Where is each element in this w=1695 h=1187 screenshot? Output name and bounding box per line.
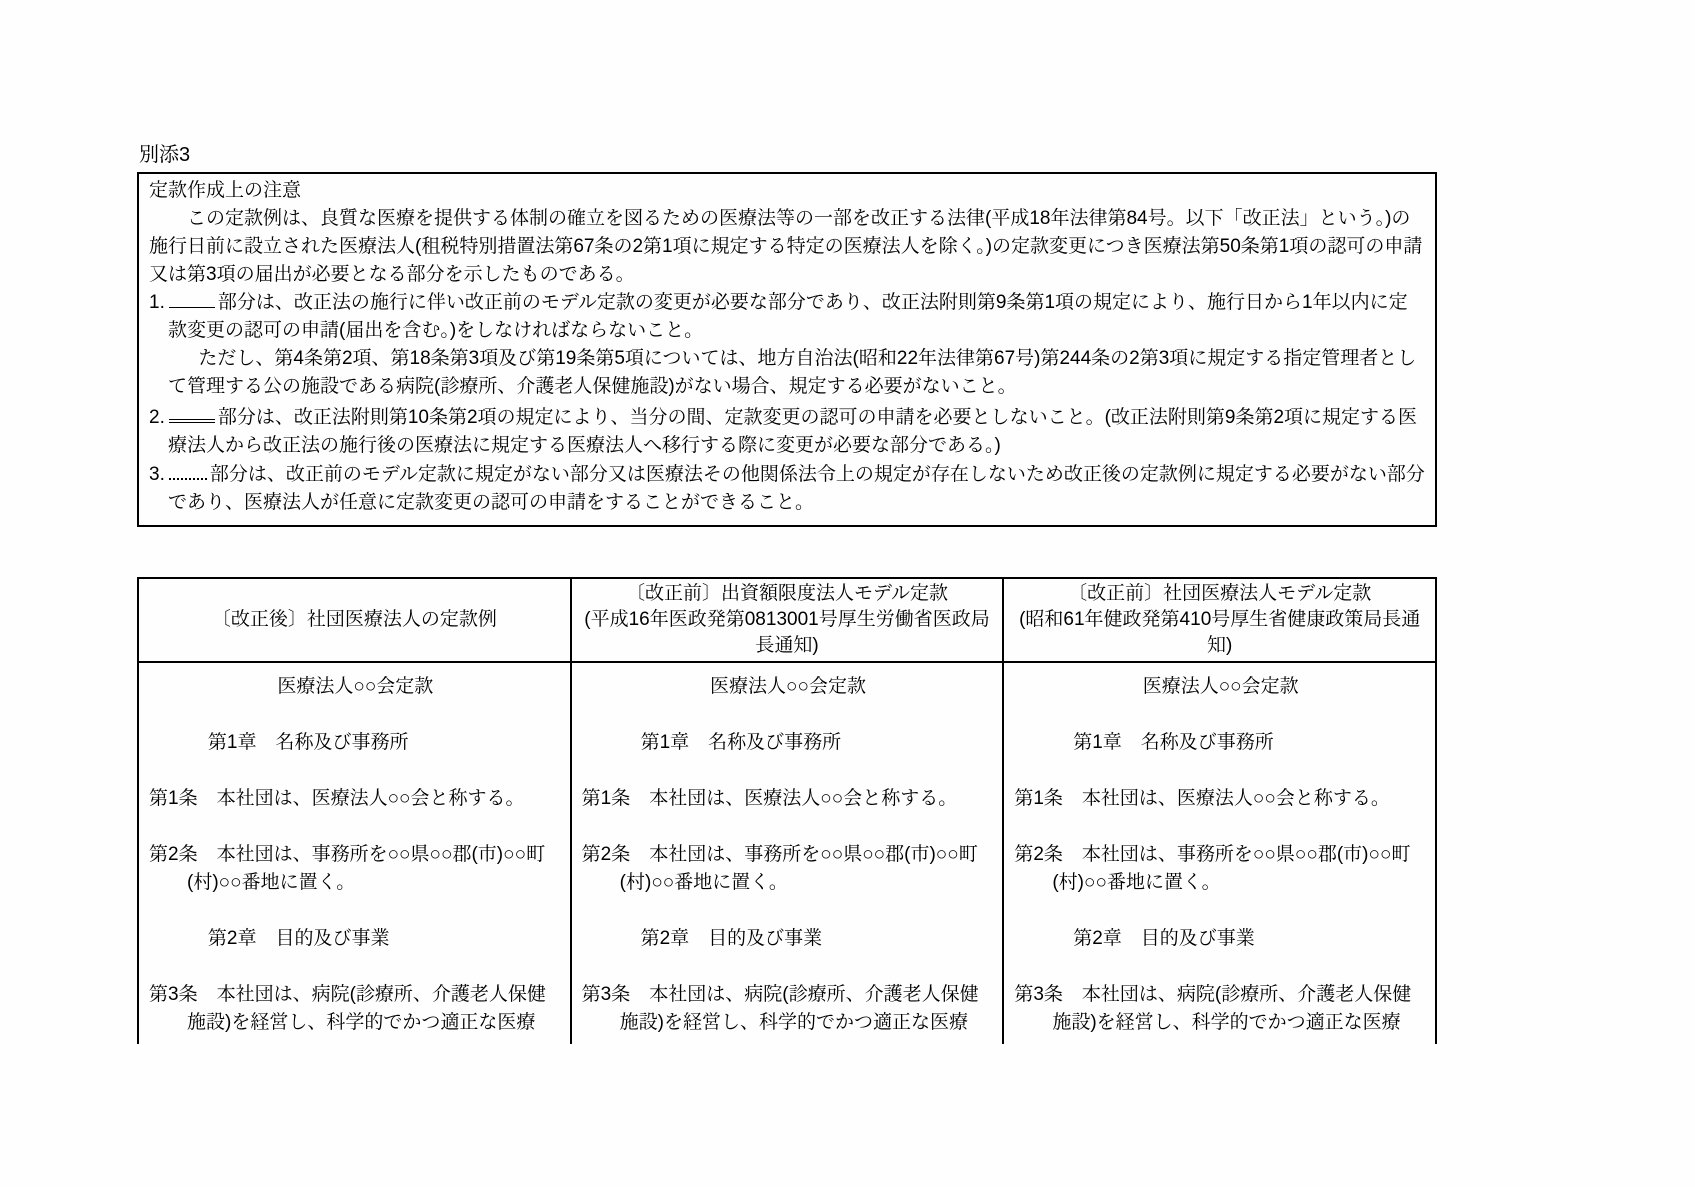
charter-title: 医療法人○○会定款 [1014,673,1427,701]
chapter-2-heading: 第2章 目的及び事業 [149,925,562,953]
dotted-underline-blank [169,460,207,480]
comparison-table: 〔改正後〕社団医療法人の定款例 医療法人○○会定款 第1章 名称及び事務所 第1… [137,577,1437,1044]
charter-title: 医療法人○○会定款 [149,673,562,701]
article-2: 第2条 本社団は、事務所を○○県○○郡(市)○○町(村)○○番地に置く。 [582,841,995,897]
notice-item-1: 1.部分は、改正法の施行に伴い改正前のモデル定款の変更が必要な部分であり、改正法… [149,289,1425,345]
column-revised-shadan: 〔改正後〕社団医療法人の定款例 医療法人○○会定款 第1章 名称及び事務所 第1… [139,579,570,1044]
chapter-1-heading: 第1章 名称及び事務所 [582,729,995,757]
article-3: 第3条 本社団は、病院(診療所、介護老人保健施設)を経営し、科学的でかつ適正な医… [582,981,995,1037]
column-shadan-model-body: 医療法人○○会定款 第1章 名称及び事務所 第1条 本社団は、医療法人○○会と称… [1004,663,1435,1037]
column-revised-header: 〔改正後〕社団医療法人の定款例 [139,579,570,663]
charter-title: 医療法人○○会定款 [582,673,995,701]
chapter-1-heading: 第1章 名称及び事務所 [149,729,562,757]
notice-item-2: 2.部分は、改正法附則第10条第2項の規定により、当分の間、定款変更の認可の申請… [149,401,1425,460]
notice-item-1-proviso: ただし、第4条第2項、第18条第3項及び第19条第5項については、地方自治法(昭… [149,345,1425,401]
document-page: 別添3 定款作成上の注意 この定款例は、良質な医療を提供する体制の確立を図るため… [0,0,1695,1187]
column-investment-limited-body: 医療法人○○会定款 第1章 名称及び事務所 第1条 本社団は、医療法人○○会と称… [572,663,1003,1037]
notice-item-2-number: 2. [149,407,165,428]
chapter-2-heading: 第2章 目的及び事業 [582,925,995,953]
notice-item-3: 3.部分は、改正前のモデル定款に規定がない部分又は医療法その他関係法令上の規定が… [149,460,1425,517]
column-shadan-model-header: 〔改正前〕社団医療法人モデル定款 (昭和61年健政発第410号厚生省健康政策局長… [1004,579,1435,663]
article-3: 第3条 本社団は、病院(診療所、介護老人保健施設)を経営し、科学的でかつ適正な医… [149,981,562,1037]
notice-box: 定款作成上の注意 この定款例は、良質な医療を提供する体制の確立を図るための医療法… [137,172,1437,527]
column-investment-limited-title: 〔改正前〕出資額限度法人モデル定款 [578,581,997,607]
column-investment-limited-header: 〔改正前〕出資額限度法人モデル定款 (平成16年医政発第0813001号厚生労働… [572,579,1003,663]
single-underline-blank [169,289,215,308]
notice-item-1-text: 部分は、改正法の施行に伴い改正前のモデル定款の変更が必要な部分であり、改正法附則… [168,292,1408,341]
double-underline-blank [169,401,215,423]
attachment-label: 別添3 [139,143,1437,167]
notice-item-3-number: 3. [149,464,165,485]
chapter-1-heading: 第1章 名称及び事務所 [1014,729,1427,757]
article-1: 第1条 本社団は、医療法人○○会と称する。 [149,785,562,813]
article-2: 第2条 本社団は、事務所を○○県○○郡(市)○○町(村)○○番地に置く。 [1014,841,1427,897]
column-investment-limited-subtitle: (平成16年医政発第0813001号厚生労働省医政局長通知) [578,607,997,659]
notice-item-1-number: 1. [149,292,165,313]
notice-item-3-text: 部分は、改正前のモデル定款に規定がない部分又は医療法その他関係法令上の規定が存在… [168,464,1425,513]
article-1: 第1条 本社団は、医療法人○○会と称する。 [582,785,995,813]
column-shadan-model-title: 〔改正前〕社団医療法人モデル定款 [1010,581,1429,607]
column-pre-revision-investment-limited: 〔改正前〕出資額限度法人モデル定款 (平成16年医政発第0813001号厚生労働… [570,579,1003,1044]
article-2: 第2条 本社団は、事務所を○○県○○郡(市)○○町(村)○○番地に置く。 [149,841,562,897]
notice-intro: この定款例は、良質な医療を提供する体制の確立を図るための医療法等の一部を改正する… [149,205,1425,289]
page-content: 別添3 定款作成上の注意 この定款例は、良質な医療を提供する体制の確立を図るため… [137,143,1437,1044]
column-revised-title: 〔改正後〕社団医療法人の定款例 [145,607,564,633]
chapter-2-heading: 第2章 目的及び事業 [1014,925,1427,953]
notice-title: 定款作成上の注意 [149,177,1425,205]
column-shadan-model-subtitle: (昭和61年健政発第410号厚生省健康政策局長通知) [1010,607,1429,659]
column-revised-body: 医療法人○○会定款 第1章 名称及び事務所 第1条 本社団は、医療法人○○会と称… [139,663,570,1037]
column-pre-revision-shadan-model: 〔改正前〕社団医療法人モデル定款 (昭和61年健政発第410号厚生省健康政策局長… [1002,579,1435,1044]
article-1: 第1条 本社団は、医療法人○○会と称する。 [1014,785,1427,813]
article-3: 第3条 本社団は、病院(診療所、介護老人保健施設)を経営し、科学的でかつ適正な医… [1014,981,1427,1037]
notice-item-2-text: 部分は、改正法附則第10条第2項の規定により、当分の間、定款変更の認可の申請を必… [168,407,1417,456]
